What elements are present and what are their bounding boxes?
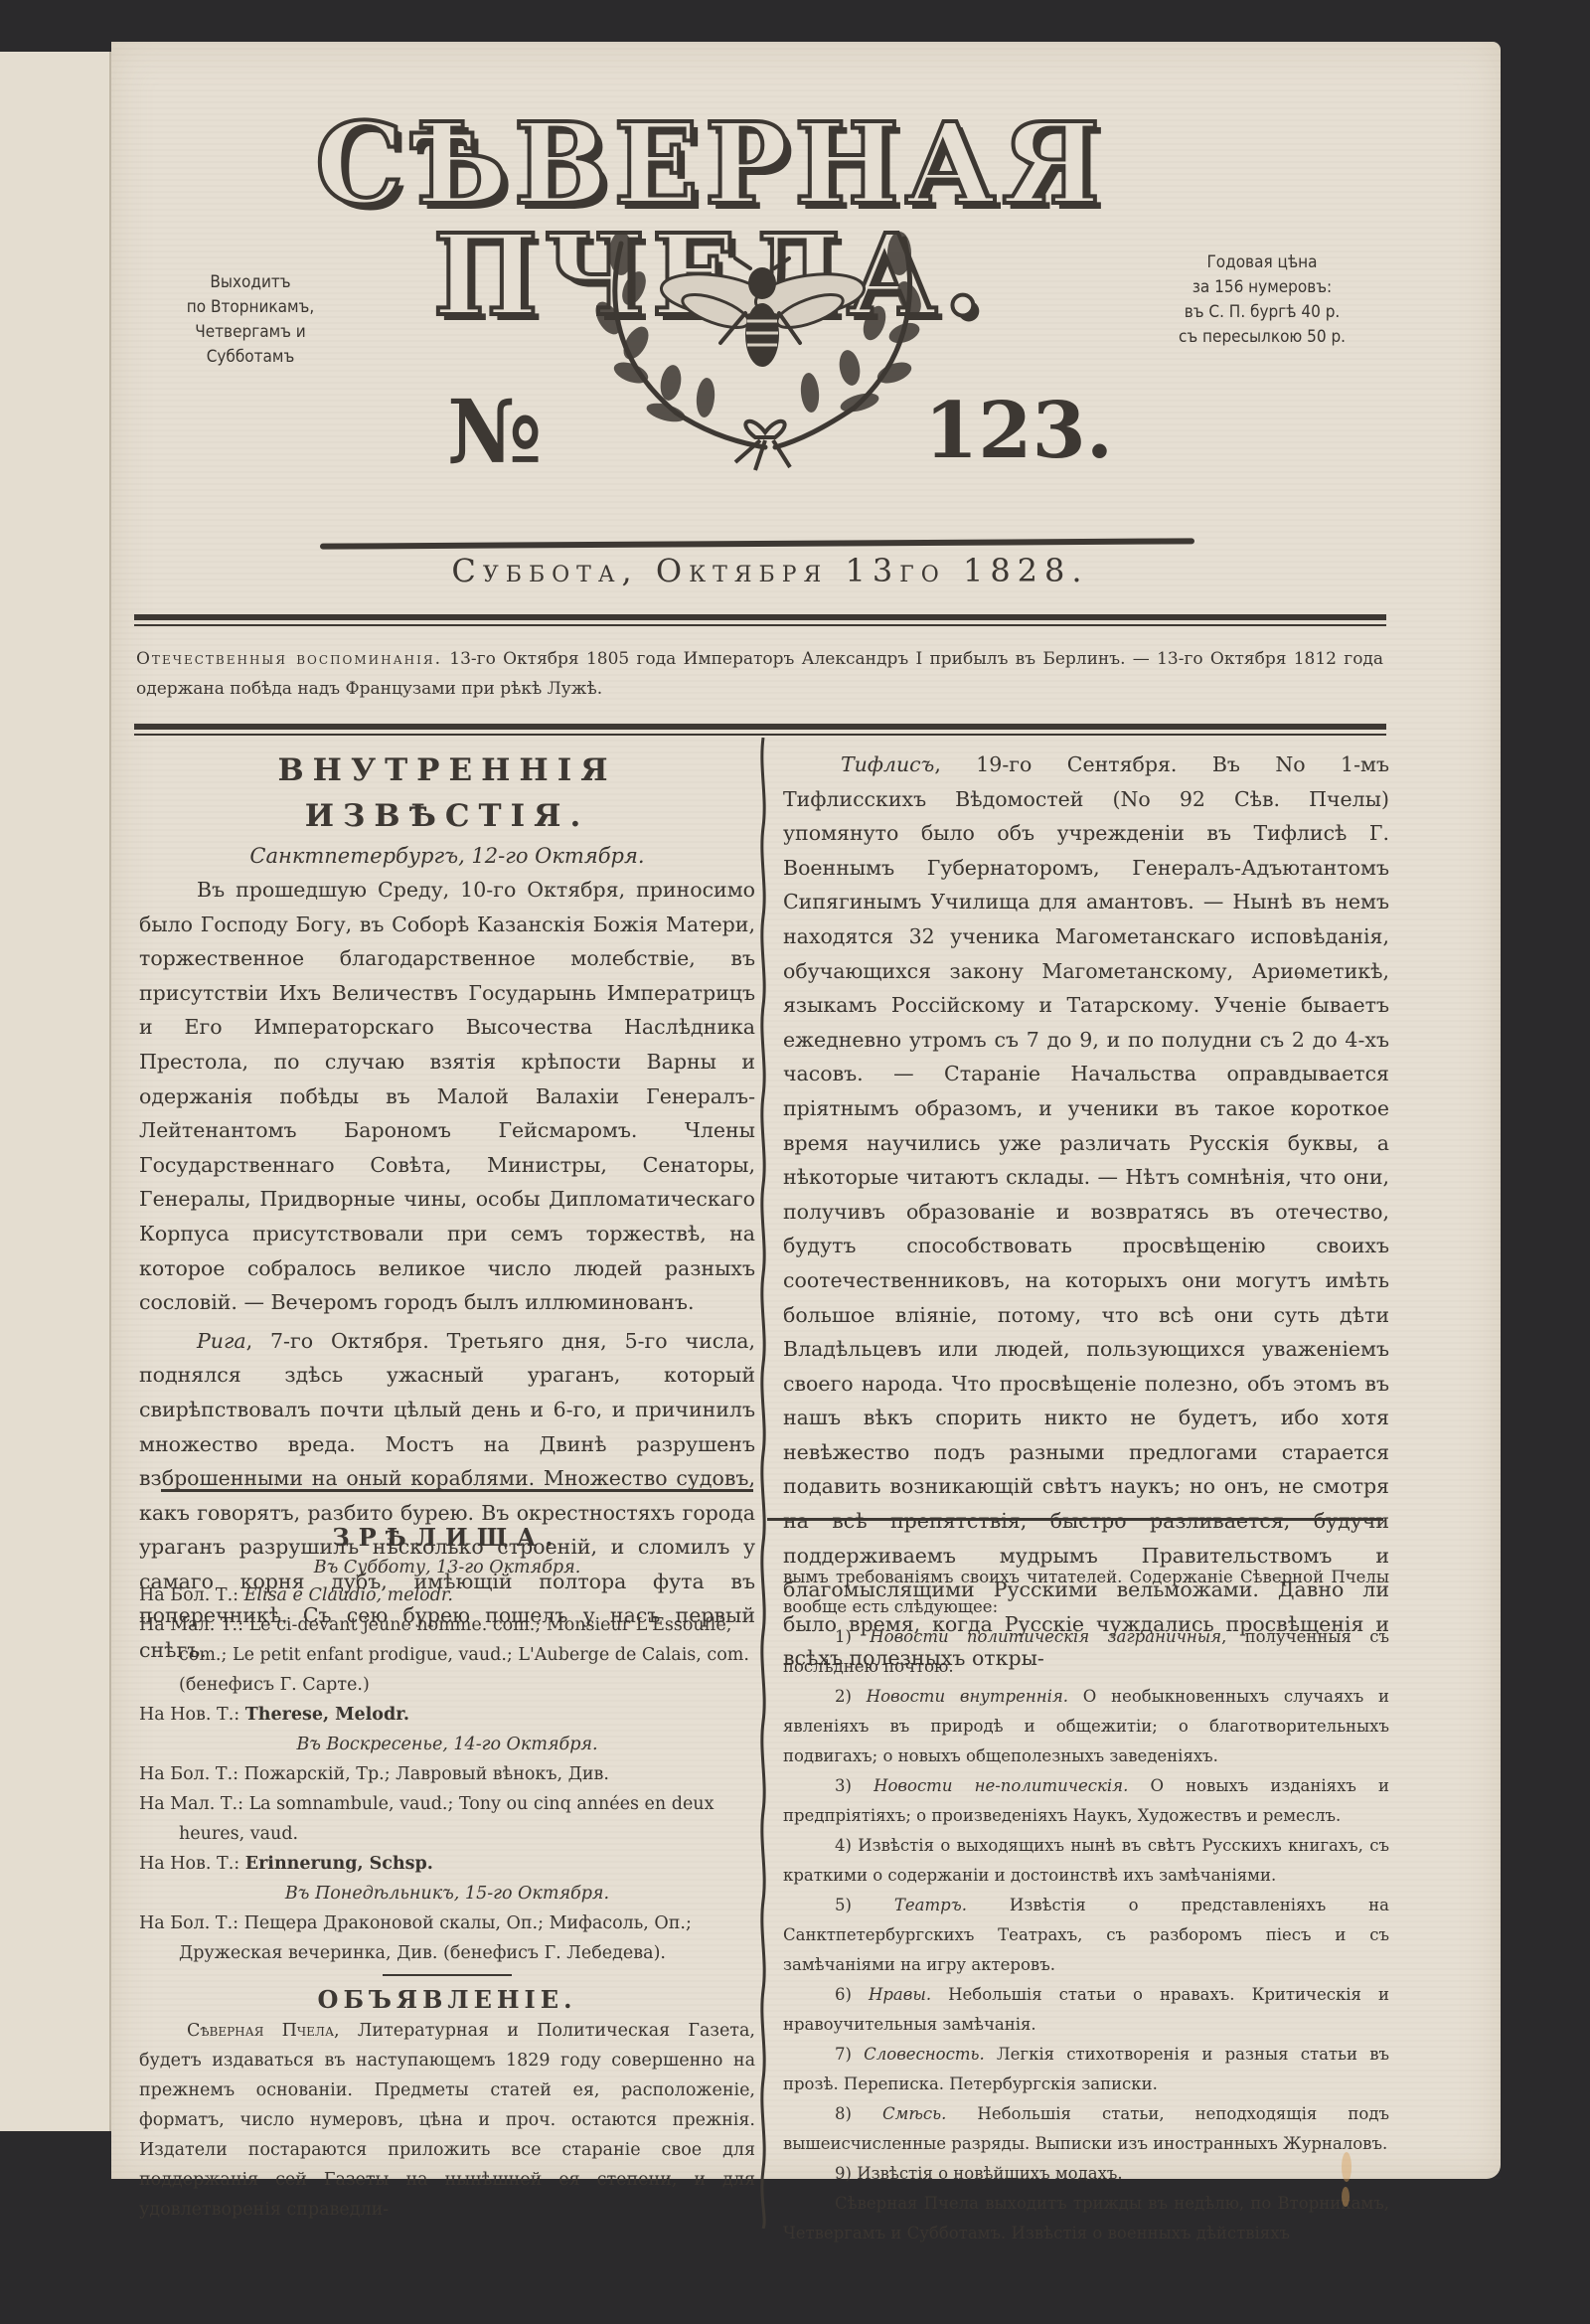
section-double-rule <box>134 724 1386 736</box>
memorial-dates: Отечественныя воспоминанія. 13-го Октябр… <box>136 644 1383 704</box>
tiflis-report: Тифлисъ, 19-го Сентября. Въ No 1-мъ Тифл… <box>783 747 1389 1676</box>
left-column-rule <box>161 1489 753 1492</box>
paper-stain <box>1342 2187 1350 2207</box>
theatre-row: На Бол. Т.: Elisa e Claudio, melodr. <box>139 1580 755 1610</box>
publication-schedule: Выходитъ по Вторникамъ, Четвергамъ и Суб… <box>151 270 350 370</box>
theatre-row: На Мал. Т.: La somnambule, vaud.; Tony o… <box>139 1789 755 1849</box>
contents-item: 6) Нравы. Небольшія статьи о нравахъ. Кр… <box>783 1980 1389 2040</box>
issue-sign: № <box>447 388 543 475</box>
theatre-row: На Бол. Т.: Пещера Драконовой скалы, Оп.… <box>139 1909 755 1968</box>
announcement-heading: ОБЪЯВЛЕНІЕ. <box>139 1984 755 2016</box>
contents-item: 7) Словесность. Легкія стихотворенія и р… <box>783 2040 1389 2099</box>
theatre-day-sunday: Въ Воскресенье, 14-го Октября. <box>139 1730 755 1759</box>
closing-paragraph: Сѣверная Пчела выходитъ трижды въ недѣлю… <box>783 2189 1389 2248</box>
internal-news-heading: ВНУТРЕННІЯ ИЗВѢСТІЯ. <box>139 747 755 839</box>
issue-number: 123. <box>924 393 1113 470</box>
contents-item: 3) Новости не-политическія. О новыхъ изд… <box>783 1771 1389 1831</box>
theatre-end-rule <box>383 1974 512 1976</box>
contents-item: 5) Театръ. Извѣстія о представленіяхъ на… <box>783 1891 1389 1980</box>
announcement-text: Сѣверная Пчела, Литературная и Политичес… <box>139 2016 755 2225</box>
paper-stain <box>1342 2152 1351 2182</box>
announcement-continuation: вымъ требованіямъ своихъ читателей. Соде… <box>783 1563 1389 2248</box>
column-divider <box>759 738 767 2229</box>
theatre-listings: ЗРѢЛИЩА. Въ Субботу, 13-го Октября. На Б… <box>139 1521 755 2225</box>
internal-news-dateline: Санктпетербургъ, 12-го Октября. <box>139 839 755 873</box>
theatre-row: На Нов. Т.: Erinnerung, Schsp. <box>139 1849 755 1879</box>
theatre-row: На Мал. Т.: Le ci-devant jeune homme. co… <box>139 1610 755 1700</box>
annual-price: Годовая цѣна за 156 нумеровъ: въ С. П. б… <box>1153 250 1371 350</box>
issue-date: Суббота, Октября 13го 1828. <box>298 552 1242 589</box>
contents-item: 4) Извѣстія о выходящихъ нынѣ въ свѣтъ Р… <box>783 1831 1389 1891</box>
right-column-rule <box>767 1518 1383 1521</box>
contents-item: 2) Новости внутреннія. О необыкновенныхъ… <box>783 1682 1389 1771</box>
theatre-heading: ЗРѢЛИЩА. <box>139 1521 755 1555</box>
bee-wreath-icon <box>586 224 954 472</box>
theatre-day-monday: Въ Понедѣльникъ, 15-го Октября. <box>139 1879 755 1909</box>
contents-item: 8) Смѣсь. Небольшія статьи, неподходящія… <box>783 2099 1389 2159</box>
contents-item: 1) Новости политическія заграничныя, пол… <box>783 1622 1389 1682</box>
previous-page-edge <box>0 52 111 2131</box>
theatre-row: На Бол. Т.: Пожарскій, Тр.; Лавровый вѣн… <box>139 1759 755 1789</box>
memo-label: Отечественныя воспоминанія. <box>136 649 442 669</box>
st-petersburg-report: Въ прошедшую Среду, 10-го Октября, прино… <box>139 873 755 1320</box>
top-double-rule <box>134 614 1386 626</box>
theatre-day-saturday: Въ Субботу, 13-го Октября. <box>139 1555 755 1580</box>
tiflis-column: Тифлисъ, 19-го Сентября. Въ No 1-мъ Тифл… <box>783 747 1389 1676</box>
contents-item: 9) Извѣстія о новѣйшихъ модахъ. <box>783 2159 1389 2189</box>
theatre-row: На Нов. Т.: Therese, Melodr. <box>139 1700 755 1730</box>
